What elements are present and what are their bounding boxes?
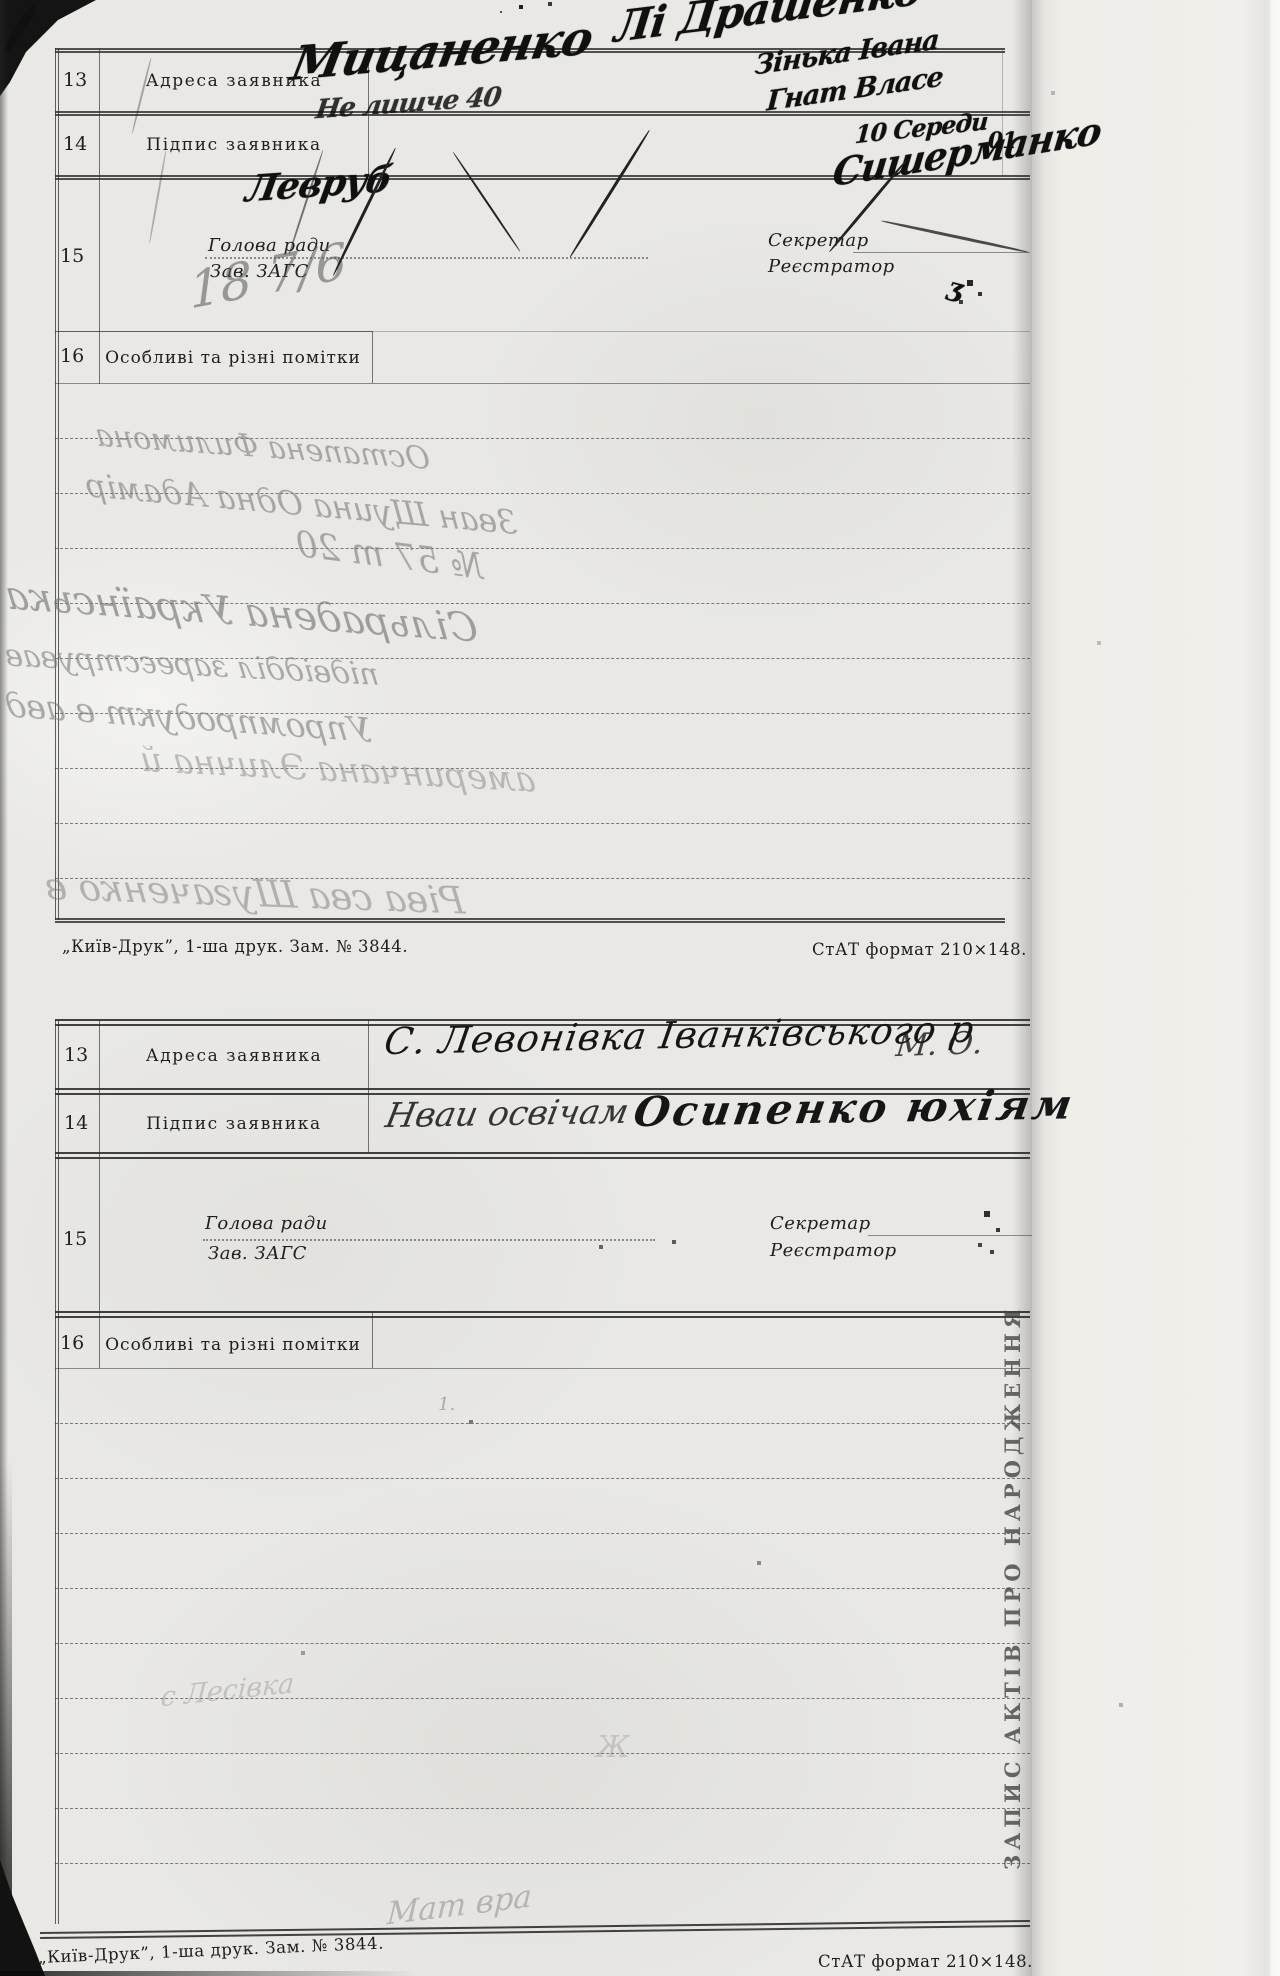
handwritten-signature-name: Осипенко юхіям: [630, 1080, 1078, 1136]
print-footer-left: „Київ-Друк”, 1-ша друк. Зам. № 3844.: [38, 1934, 385, 1967]
head-of-council-label: Голова ради: [205, 1213, 328, 1234]
registrar-label: Реєстратор: [770, 1240, 897, 1261]
print-footer-right: СтАТ формат 210×148.: [818, 1952, 1014, 1971]
form-border: [372, 331, 1030, 332]
handwritten-address: С. Левонівка Іванківського р: [381, 1008, 977, 1064]
ruled-line: [55, 1863, 1030, 1864]
registrar-label: Реєстратор: [768, 256, 895, 277]
form-border: [372, 1311, 373, 1368]
row-14-number: 14: [63, 133, 87, 155]
secretary-label: Секретар: [768, 230, 869, 251]
ruled-line: [55, 1478, 1030, 1479]
bleedthrough-text: америнчана Элична й: [139, 740, 538, 801]
print-footer-left: „Київ-Друк”, 1-ша друк. Зам. № 3844.: [62, 937, 408, 956]
form-border: [55, 48, 59, 920]
pen-stroke: [569, 129, 651, 258]
ruled-line: [55, 1808, 1030, 1809]
row-16-number: 16: [60, 345, 84, 367]
bleedthrough-text: Остапена Филимона: [94, 418, 432, 477]
row-16-label: Особливі та різні помітки: [100, 1335, 366, 1355]
scan-edge-bottom: [0, 1971, 420, 1976]
row-13-number: 13: [63, 69, 87, 91]
form-border: [55, 331, 372, 332]
ruled-line: [55, 1423, 1030, 1424]
speck-cluster: [0, 0, 2, 2]
pencil-scrawl: Ж: [596, 1730, 630, 1765]
form-border: [55, 1152, 1030, 1159]
form-border: [99, 48, 100, 384]
form-border: [55, 111, 1030, 116]
secretary-label: Секретар: [770, 1213, 871, 1234]
handwritten-signature: Нваи освічам: [382, 1092, 632, 1136]
handwritten-address-tail: М. О.: [894, 1025, 984, 1064]
signature-scrawl: Мицаненко: [287, 10, 597, 91]
notes-scribble: ʒ: [945, 272, 966, 304]
pencil-scrawl: 1.: [438, 1394, 455, 1415]
row-16-number: 16: [60, 1332, 84, 1354]
pencil-stroke: [131, 58, 152, 134]
zags-label: Зав. ЗАГС: [208, 1243, 307, 1264]
ruled-line: [55, 548, 1030, 549]
bleedthrough-text: Ріва сва Шугаченко в: [43, 865, 467, 923]
form-border: [372, 331, 373, 383]
ruled-line: [55, 1533, 1030, 1534]
row-15-number: 15: [63, 1228, 87, 1250]
form-border: [368, 1019, 369, 1152]
page-fold-strip: [1032, 0, 1280, 1976]
ruled-line: [55, 823, 1030, 824]
form-border: [55, 1019, 59, 1924]
row-16-label: Особливі та різні помітки: [100, 348, 366, 368]
form-border: [55, 1368, 1030, 1369]
row-13-number: 13: [64, 1044, 88, 1066]
row-14-number: 14: [64, 1112, 88, 1134]
ruled-line: [55, 1753, 1030, 1754]
pencil-scrawl: с Лесівка: [160, 1668, 295, 1713]
pencil-scrawl: Мат вра: [386, 1878, 533, 1932]
row-13-label: Адреса заявника: [100, 1046, 368, 1066]
form-border: [40, 1920, 1030, 1939]
print-footer-right: СтАТ формат 210×148.: [812, 940, 1008, 959]
ruled-line: [55, 1588, 1030, 1589]
bleedthrough-text: Сільрадена Українська: [3, 573, 480, 651]
form-border: [55, 1311, 1030, 1318]
form-border: [55, 918, 1005, 923]
form-border: [99, 1019, 100, 1368]
pen-stroke: [452, 151, 521, 252]
row-15-number: 15: [60, 245, 84, 267]
row-14-label: Підпис заявника: [100, 135, 368, 155]
signature-rule: [853, 252, 1030, 253]
scanned-registry-page: 13 Адреса заявника 14 Підпис заявника 15…: [0, 0, 1280, 1976]
signature-rule: [203, 1239, 655, 1241]
pen-stroke: [881, 219, 1028, 253]
pencil-stroke: [149, 150, 167, 244]
bleedthrough-text: підвідділ зареєстрував: [3, 638, 381, 693]
row-14-label: Підпис заявника: [100, 1114, 368, 1134]
ruled-line: [55, 1643, 1030, 1644]
form-border: [55, 383, 1030, 384]
paper-texture: [0, 0, 1032, 1976]
spine-text: ЗАПИС АКТІВ ПРО НАРОДЖЕННЯ: [1000, 1150, 1025, 1870]
